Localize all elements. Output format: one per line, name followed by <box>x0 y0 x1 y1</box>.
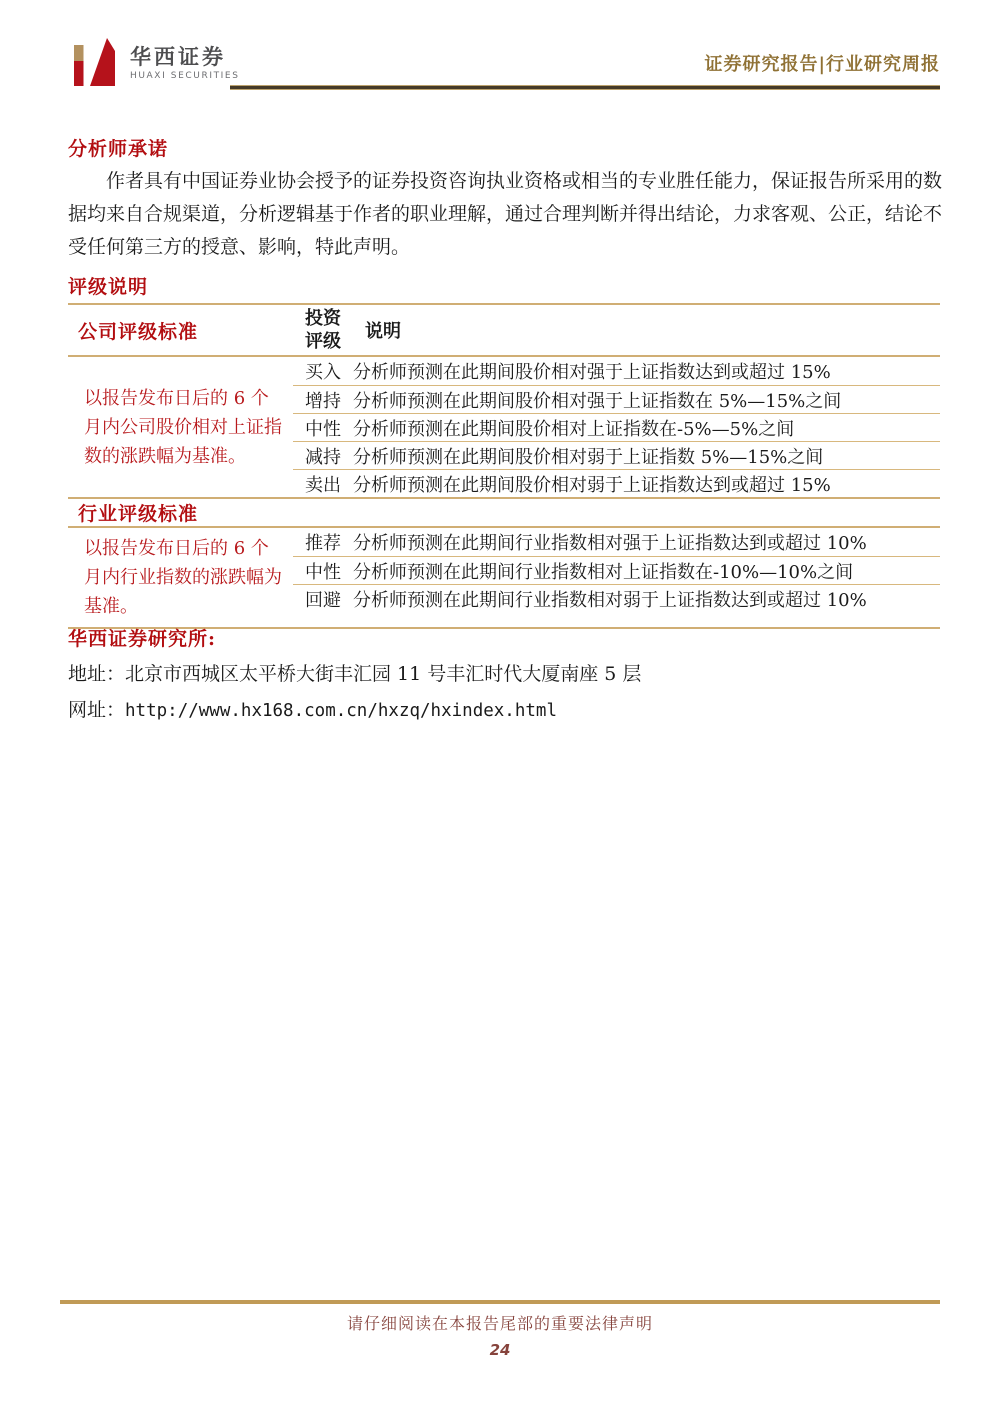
description-column-header: 说明 <box>360 317 940 343</box>
rating-desc-cell: 分析师预测在此期间股价相对强于上证指数在 5%—15%之间 <box>348 387 940 413</box>
footer-divider <box>60 1300 940 1304</box>
header-divider <box>230 85 940 90</box>
table-row: 中性 分析师预测在此期间行业指数相对上证指数在-10%—10%之间 <box>293 556 940 584</box>
rating-table: 公司评级标准 投资 评级 说明 以报告发布日后的 6 个月内公司股价相对上证指数… <box>68 303 940 629</box>
institute-website-line: 网址：http://www.hx168.com.cn/hxzq/hxindex.… <box>68 692 942 729</box>
rating-cell: 买入 <box>293 358 348 384</box>
rating-desc-cell: 分析师预测在此期间股价相对强于上证指数达到或超过 15% <box>348 358 940 384</box>
company-rating-standard-header: 公司评级标准 <box>68 317 293 344</box>
table-row: 卖出 分析师预测在此期间股价相对弱于上证指数达到或超过 15% <box>293 469 940 497</box>
huaxi-logo-icon <box>74 38 118 88</box>
rating-cell: 推荐 <box>293 529 348 555</box>
rating-cell: 卖出 <box>293 471 348 497</box>
huaxi-logo: 华西证券 HUAXI SECURITIES <box>74 38 240 88</box>
page-number: 24 <box>0 1341 1000 1359</box>
report-type-label: 证券研究报告|行业研究周报 <box>704 50 940 76</box>
rating-desc-cell: 分析师预测在此期间行业指数相对弱于上证指数达到或超过 10% <box>348 586 940 612</box>
industry-rating-standard-header: 行业评级标准 <box>68 497 940 528</box>
table-row: 买入 分析师预测在此期间股价相对强于上证指数达到或超过 15% <box>293 357 940 385</box>
table-row: 减持 分析师预测在此期间股价相对弱于上证指数 5%—15%之间 <box>293 441 940 469</box>
rating-cell: 回避 <box>293 586 348 612</box>
company-rating-group: 以报告发布日后的 6 个月内公司股价相对上证指数的涨跌幅为基准。 买入 分析师预… <box>68 357 940 497</box>
table-row: 推荐 分析师预测在此期间行业指数相对强于上证指数达到或超过 10% <box>293 528 940 556</box>
analyst-commitment-body: 作者具有中国证券业协会授予的证券投资咨询执业资格或相当的专业胜任能力，保证报告所… <box>68 165 942 264</box>
website-label: 网址： <box>68 699 125 721</box>
rating-desc-cell: 分析师预测在此期间行业指数相对上证指数在-10%—10%之间 <box>348 558 940 584</box>
rating-explanation-title: 评级说明 <box>68 272 148 299</box>
rating-table-header-row: 公司评级标准 投资 评级 说明 <box>68 305 940 357</box>
rating-cell: 增持 <box>293 387 348 413</box>
legal-notice: 请仔细阅读在本报告尾部的重要法律声明 <box>0 1311 1000 1334</box>
table-row: 增持 分析师预测在此期间股价相对强于上证指数在 5%—15%之间 <box>293 385 940 413</box>
company-rating-basis: 以报告发布日后的 6 个月内公司股价相对上证指数的涨跌幅为基准。 <box>68 357 293 497</box>
invest-rating-column-header: 投资 评级 <box>293 307 360 353</box>
institute-address: 地址：北京市西城区太平桥大街丰汇园 11 号丰汇时代大厦南座 5 层 <box>68 656 942 692</box>
table-row: 中性 分析师预测在此期间股价相对上证指数在-5%—5%之间 <box>293 413 940 441</box>
industry-rating-basis: 以报告发布日后的 6 个月内行业指数的涨跌幅为基准。 <box>68 528 293 627</box>
rating-desc-cell: 分析师预测在此期间行业指数相对强于上证指数达到或超过 10% <box>348 529 940 555</box>
report-page: 华西证券 HUAXI SECURITIES 证券研究报告|行业研究周报 分析师承… <box>0 0 1000 1414</box>
research-institute-title: 华西证券研究所: <box>68 624 216 651</box>
rating-desc-cell: 分析师预测在此期间股价相对弱于上证指数 5%—15%之间 <box>348 443 940 469</box>
logo-name-cn: 华西证券 <box>130 44 240 70</box>
table-row: 回避 分析师预测在此期间行业指数相对弱于上证指数达到或超过 10% <box>293 584 940 612</box>
rating-desc-cell: 分析师预测在此期间股价相对弱于上证指数达到或超过 15% <box>348 471 940 497</box>
analyst-commitment-title: 分析师承诺 <box>68 134 168 161</box>
rating-cell: 减持 <box>293 443 348 469</box>
industry-rating-group: 以报告发布日后的 6 个月内行业指数的涨跌幅为基准。 推荐 分析师预测在此期间行… <box>68 528 940 627</box>
website-link[interactable]: http://www.hx168.com.cn/hxzq/hxindex.htm… <box>125 701 557 721</box>
rating-cell: 中性 <box>293 415 348 441</box>
rating-cell: 中性 <box>293 558 348 584</box>
logo-name-en: HUAXI SECURITIES <box>130 70 240 82</box>
rating-desc-cell: 分析师预测在此期间股价相对上证指数在-5%—5%之间 <box>348 415 940 441</box>
